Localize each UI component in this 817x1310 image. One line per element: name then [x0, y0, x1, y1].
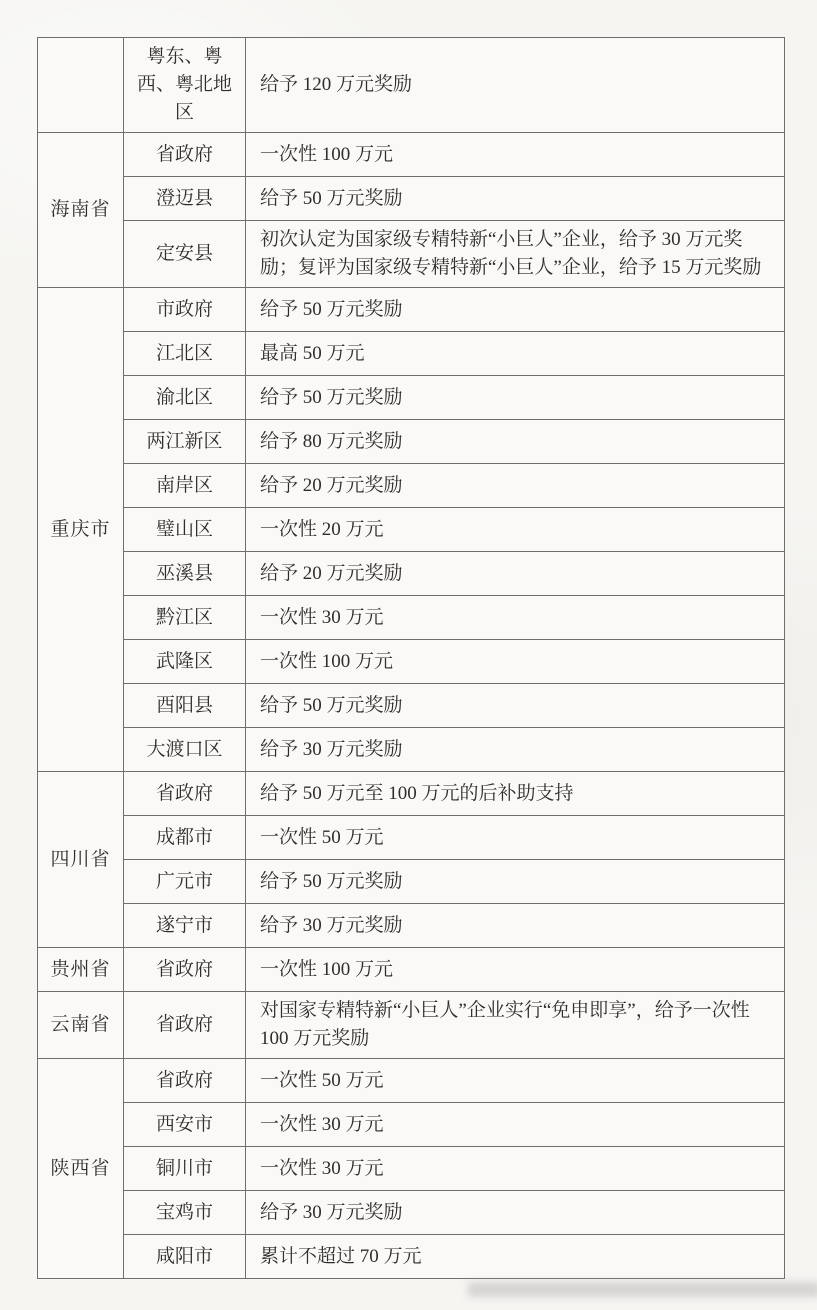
- region-cell: 西安市: [124, 1103, 246, 1147]
- policy-cell: 一次性 100 万元: [246, 640, 785, 684]
- table-row: 四川省省政府给予 50 万元至 100 万元的后补助支持: [38, 772, 785, 816]
- policy-cell: 对国家专精特新“小巨人”企业实行“免申即享”，给予一次性 100 万元奖励: [246, 992, 785, 1059]
- reward-table-body: 粤东、粤西、粤北地区给予 120 万元奖励海南省省政府一次性 100 万元澄迈县…: [38, 38, 785, 1279]
- region-cell: 酉阳县: [124, 684, 246, 728]
- region-cell: 大渡口区: [124, 728, 246, 772]
- table-row: 武隆区一次性 100 万元: [38, 640, 785, 684]
- policy-cell: 给予 50 万元奖励: [246, 376, 785, 420]
- region-cell: 两江新区: [124, 420, 246, 464]
- region-cell: 璧山区: [124, 508, 246, 552]
- province-cell: 四川省: [38, 772, 124, 948]
- policy-cell: 一次性 100 万元: [246, 948, 785, 992]
- policy-cell: 一次性 50 万元: [246, 816, 785, 860]
- policy-cell: 给予 30 万元奖励: [246, 728, 785, 772]
- table-row: 粤东、粤西、粤北地区给予 120 万元奖励: [38, 38, 785, 133]
- province-cell: [38, 38, 124, 133]
- photo-shadow-artifact: [468, 1282, 817, 1297]
- policy-cell: 一次性 20 万元: [246, 508, 785, 552]
- region-cell: 铜川市: [124, 1147, 246, 1191]
- table-row: 渝北区给予 50 万元奖励: [38, 376, 785, 420]
- table-row: 璧山区一次性 20 万元: [38, 508, 785, 552]
- table-row: 西安市一次性 30 万元: [38, 1103, 785, 1147]
- policy-cell: 给予 30 万元奖励: [246, 904, 785, 948]
- province-cell: 海南省: [38, 133, 124, 288]
- policy-cell: 一次性 50 万元: [246, 1059, 785, 1103]
- province-cell: 陕西省: [38, 1059, 124, 1279]
- table-row: 巫溪县给予 20 万元奖励: [38, 552, 785, 596]
- policy-cell: 一次性 30 万元: [246, 1103, 785, 1147]
- region-cell: 澄迈县: [124, 177, 246, 221]
- table-row: 江北区最高 50 万元: [38, 332, 785, 376]
- policy-cell: 初次认定为国家级专精特新“小巨人”企业，给予 30 万元奖励；复评为国家级专精特…: [246, 221, 785, 288]
- policy-cell: 给予 50 万元奖励: [246, 684, 785, 728]
- table-row: 贵州省省政府一次性 100 万元: [38, 948, 785, 992]
- policy-cell: 给予 50 万元奖励: [246, 288, 785, 332]
- policy-cell: 给予 80 万元奖励: [246, 420, 785, 464]
- table-row: 宝鸡市给予 30 万元奖励: [38, 1191, 785, 1235]
- table-row: 遂宁市给予 30 万元奖励: [38, 904, 785, 948]
- region-cell: 粤东、粤西、粤北地区: [124, 38, 246, 133]
- table-row: 定安县初次认定为国家级专精特新“小巨人”企业，给予 30 万元奖励；复评为国家级…: [38, 221, 785, 288]
- table-row: 云南省省政府对国家专精特新“小巨人”企业实行“免申即享”，给予一次性 100 万…: [38, 992, 785, 1059]
- policy-cell: 一次性 100 万元: [246, 133, 785, 177]
- table-row: 咸阳市累计不超过 70 万元: [38, 1235, 785, 1279]
- province-cell: 云南省: [38, 992, 124, 1059]
- region-cell: 宝鸡市: [124, 1191, 246, 1235]
- region-cell: 市政府: [124, 288, 246, 332]
- region-cell: 遂宁市: [124, 904, 246, 948]
- region-cell: 南岸区: [124, 464, 246, 508]
- region-cell: 省政府: [124, 948, 246, 992]
- table-row: 酉阳县给予 50 万元奖励: [38, 684, 785, 728]
- policy-cell: 给予 20 万元奖励: [246, 464, 785, 508]
- table-row: 陕西省省政府一次性 50 万元: [38, 1059, 785, 1103]
- table-row: 成都市一次性 50 万元: [38, 816, 785, 860]
- table-row: 南岸区给予 20 万元奖励: [38, 464, 785, 508]
- table-row: 两江新区给予 80 万元奖励: [38, 420, 785, 464]
- table-row: 广元市给予 50 万元奖励: [38, 860, 785, 904]
- policy-cell: 给予 50 万元奖励: [246, 860, 785, 904]
- region-cell: 成都市: [124, 816, 246, 860]
- province-cell: 贵州省: [38, 948, 124, 992]
- region-cell: 省政府: [124, 992, 246, 1059]
- region-cell: 咸阳市: [124, 1235, 246, 1279]
- policy-cell: 累计不超过 70 万元: [246, 1235, 785, 1279]
- region-cell: 省政府: [124, 772, 246, 816]
- region-cell: 省政府: [124, 133, 246, 177]
- policy-cell: 给予 20 万元奖励: [246, 552, 785, 596]
- policy-cell: 给予 50 万元至 100 万元的后补助支持: [246, 772, 785, 816]
- region-cell: 广元市: [124, 860, 246, 904]
- reward-table: 粤东、粤西、粤北地区给予 120 万元奖励海南省省政府一次性 100 万元澄迈县…: [37, 37, 785, 1279]
- region-cell: 省政府: [124, 1059, 246, 1103]
- table-row: 重庆市市政府给予 50 万元奖励: [38, 288, 785, 332]
- region-cell: 巫溪县: [124, 552, 246, 596]
- table-row: 海南省省政府一次性 100 万元: [38, 133, 785, 177]
- table-row: 铜川市一次性 30 万元: [38, 1147, 785, 1191]
- policy-cell: 给予 120 万元奖励: [246, 38, 785, 133]
- region-cell: 黔江区: [124, 596, 246, 640]
- table-row: 黔江区一次性 30 万元: [38, 596, 785, 640]
- region-cell: 武隆区: [124, 640, 246, 684]
- region-cell: 定安县: [124, 221, 246, 288]
- policy-cell: 一次性 30 万元: [246, 596, 785, 640]
- province-cell: 重庆市: [38, 288, 124, 772]
- policy-cell: 一次性 30 万元: [246, 1147, 785, 1191]
- table-row: 大渡口区给予 30 万元奖励: [38, 728, 785, 772]
- policy-cell: 最高 50 万元: [246, 332, 785, 376]
- policy-cell: 给予 30 万元奖励: [246, 1191, 785, 1235]
- region-cell: 江北区: [124, 332, 246, 376]
- table-row: 澄迈县给予 50 万元奖励: [38, 177, 785, 221]
- policy-cell: 给予 50 万元奖励: [246, 177, 785, 221]
- region-cell: 渝北区: [124, 376, 246, 420]
